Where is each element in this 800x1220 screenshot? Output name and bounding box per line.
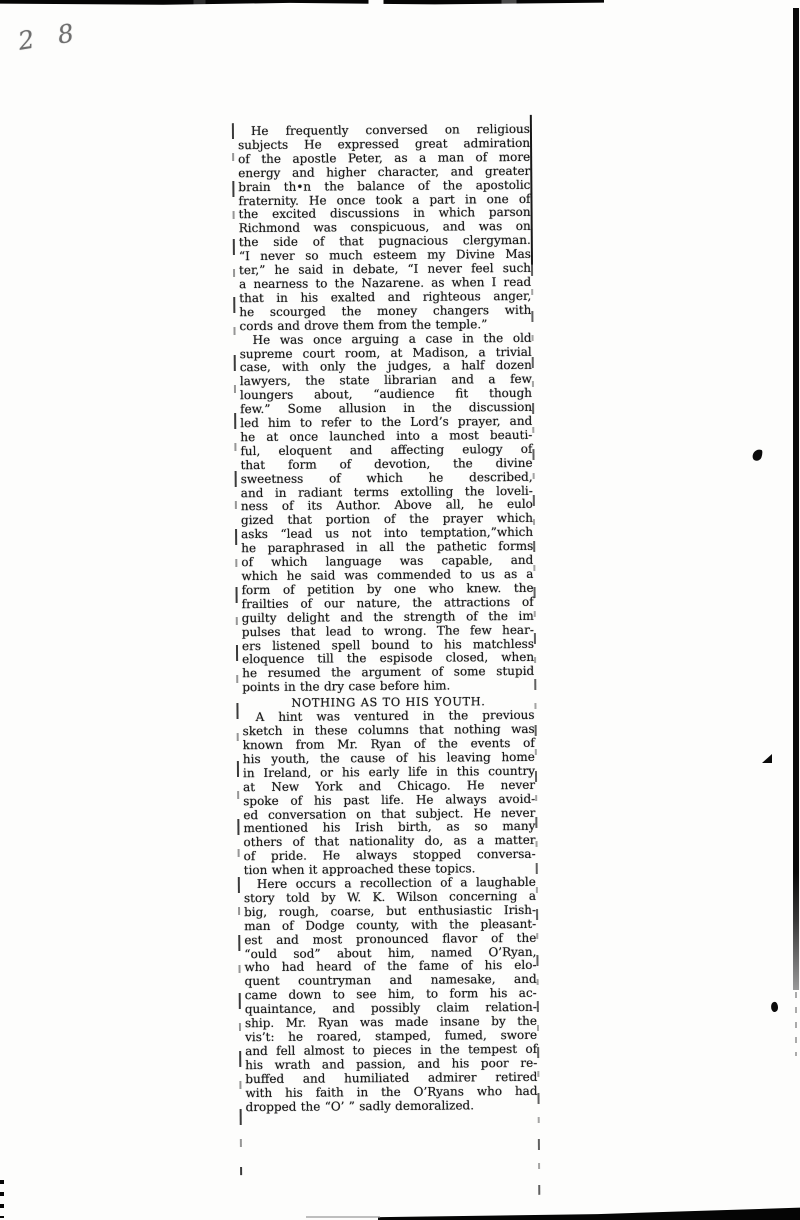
scanned-newspaper-page: { "annotations": { "handwritten_page_num… (0, 0, 800, 1220)
text-line: dropped the “O’ ” sadly demoralized. (246, 1098, 538, 1114)
paragraph: He was once arguing a case in the oldsup… (240, 331, 535, 695)
ink-speck (770, 1001, 779, 1012)
scan-edge-right-tail (795, 992, 797, 1056)
newspaper-clipping: He frequently conversed on religioussubj… (224, 113, 548, 1183)
scan-edge-left-dashes (0, 1180, 4, 1218)
paragraph: He frequently conversed on religioussubj… (238, 123, 532, 334)
article-column: He frequently conversed on religioussubj… (238, 123, 538, 1115)
scan-edge-bottom-lead (306, 1216, 380, 1218)
scan-edge-top (0, 0, 604, 5)
paragraph: A hint was ventured in the previoussketc… (242, 709, 535, 878)
handwritten-page-number: 2 8 (16, 17, 84, 56)
scan-edge-right (793, 8, 799, 990)
ink-speck (762, 754, 772, 763)
ink-speck (751, 448, 763, 462)
paragraph: Here occurs a recollection of a laughabl… (244, 876, 538, 1115)
scan-edge-bottom (378, 1206, 800, 1220)
